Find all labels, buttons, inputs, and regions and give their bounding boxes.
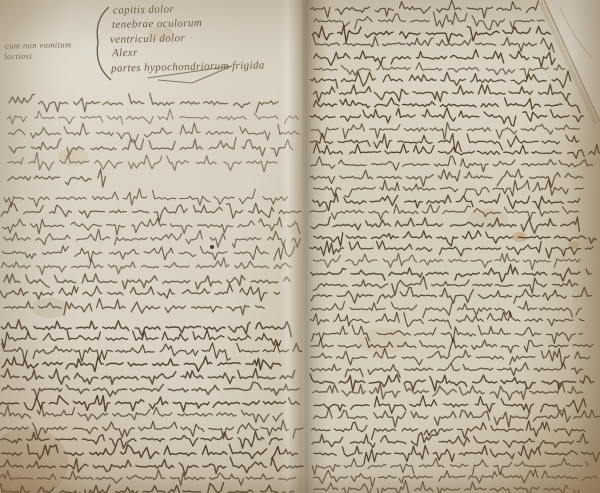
edge-vignette (0, 0, 600, 493)
manuscript-photo: cum non vomitum lactiosi capitis dolor t… (0, 0, 600, 493)
